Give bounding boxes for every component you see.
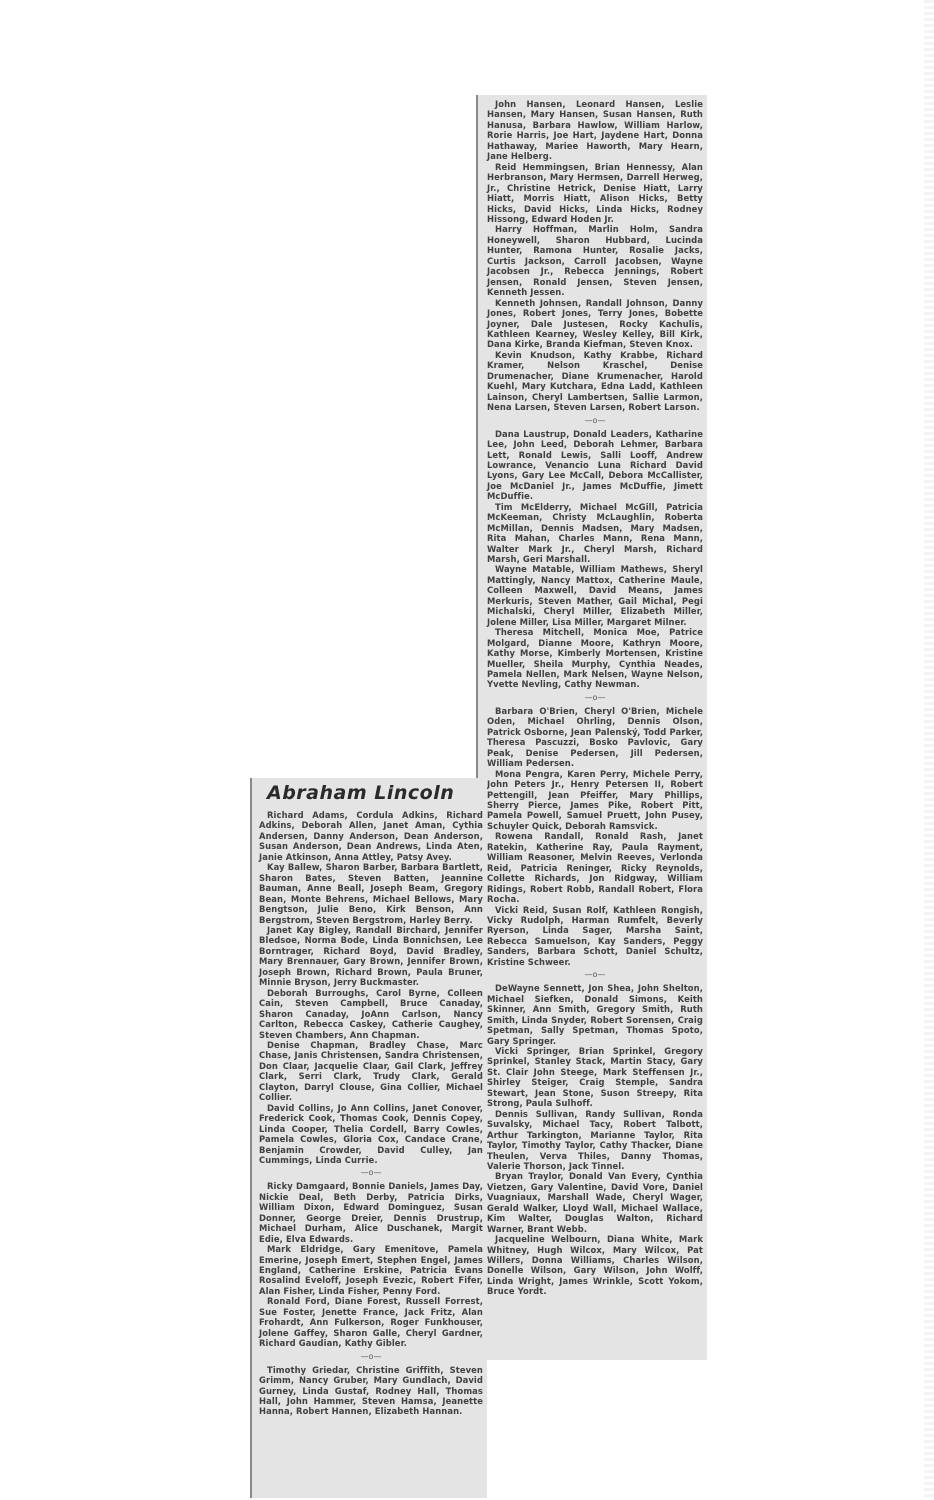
name-paragraph: Janet Kay Bigley, Randall Birchard, Jenn… <box>259 925 483 988</box>
name-paragraph: Ricky Damgaard, Bonnie Daniels, James Da… <box>259 1181 483 1244</box>
name-paragraph: Barbara O'Brien, Cheryl O'Brien, Michele… <box>487 706 703 769</box>
name-paragraph: Mark Eldridge, Gary Emenitove, Pamela Em… <box>259 1244 483 1296</box>
name-paragraph: Mona Pengra, Karen Perry, Michele Perry,… <box>487 769 703 832</box>
name-paragraph: Ronald Ford, Diane Forest, Russell Forre… <box>259 1296 483 1348</box>
headline: Abraham Lincoln <box>267 782 483 804</box>
name-paragraph: Deborah Burroughs, Carol Byrne, Colleen … <box>259 988 483 1040</box>
name-paragraph: Tim McElderry, Michael McGill, Patricia … <box>487 502 703 565</box>
name-paragraph: Kevin Knudson, Kathy Krabbe, Richard Kra… <box>487 350 703 413</box>
name-paragraph: DeWayne Sennett, Jon Shea, John Shelton,… <box>487 983 703 1046</box>
section-separator: —o— <box>487 693 703 703</box>
name-paragraph: Rowena Randall, Ronald Rash, Janet Ratek… <box>487 831 703 904</box>
name-paragraph: John Hansen, Leonard Hansen, Leslie Hans… <box>487 99 703 162</box>
name-paragraph: Reid Hemmingsen, Brian Hennessy, Alan He… <box>487 162 703 225</box>
name-paragraph: Richard Adams, Cordula Adkins, Richard A… <box>259 810 483 862</box>
section-separator: —o— <box>487 970 703 980</box>
name-paragraph: Wayne Matable, William Mathews, Sheryl M… <box>487 564 703 627</box>
name-paragraph: David Collins, Jo Ann Collins, Janet Con… <box>259 1103 483 1166</box>
name-paragraph: Vicki Reid, Susan Rolf, Kathleen Rongish… <box>487 905 703 968</box>
name-paragraph: Denise Chapman, Bradley Chase, Marc Chas… <box>259 1040 483 1103</box>
name-paragraph: Dennis Sullivan, Randy Sullivan, Ronda S… <box>487 1109 703 1172</box>
name-paragraph: Theresa Mitchell, Monica Moe, Patrice Mo… <box>487 627 703 690</box>
name-paragraph: Bryan Traylor, Donald Van Every, Cynthia… <box>487 1171 703 1234</box>
name-paragraph: Dana Laustrup, Donald Leaders, Katharine… <box>487 429 703 502</box>
clipping-left-column: Abraham Lincoln Richard Adams, Cordula A… <box>250 778 487 1498</box>
name-paragraph: Kenneth Johnsen, Randall Johnson, Danny … <box>487 298 703 350</box>
name-paragraph: Kay Ballew, Sharon Barber, Barbara Bartl… <box>259 862 483 925</box>
section-separator: —o— <box>259 1352 483 1362</box>
name-paragraph: Jacqueline Welbourn, Diana White, Mark W… <box>487 1234 703 1297</box>
section-separator: —o— <box>259 1168 483 1178</box>
scan-edge <box>924 0 934 1500</box>
clipping-right-column: John Hansen, Leonard Hansen, Leslie Hans… <box>476 95 707 1360</box>
name-paragraph: Harry Hoffman, Marlin Holm, Sandra Honey… <box>487 224 703 297</box>
name-paragraph: Vicki Springer, Brian Sprinkel, Gregory … <box>487 1046 703 1109</box>
section-separator: —o— <box>487 416 703 426</box>
name-paragraph: Timothy Griedar, Christine Griffith, Ste… <box>259 1365 483 1417</box>
